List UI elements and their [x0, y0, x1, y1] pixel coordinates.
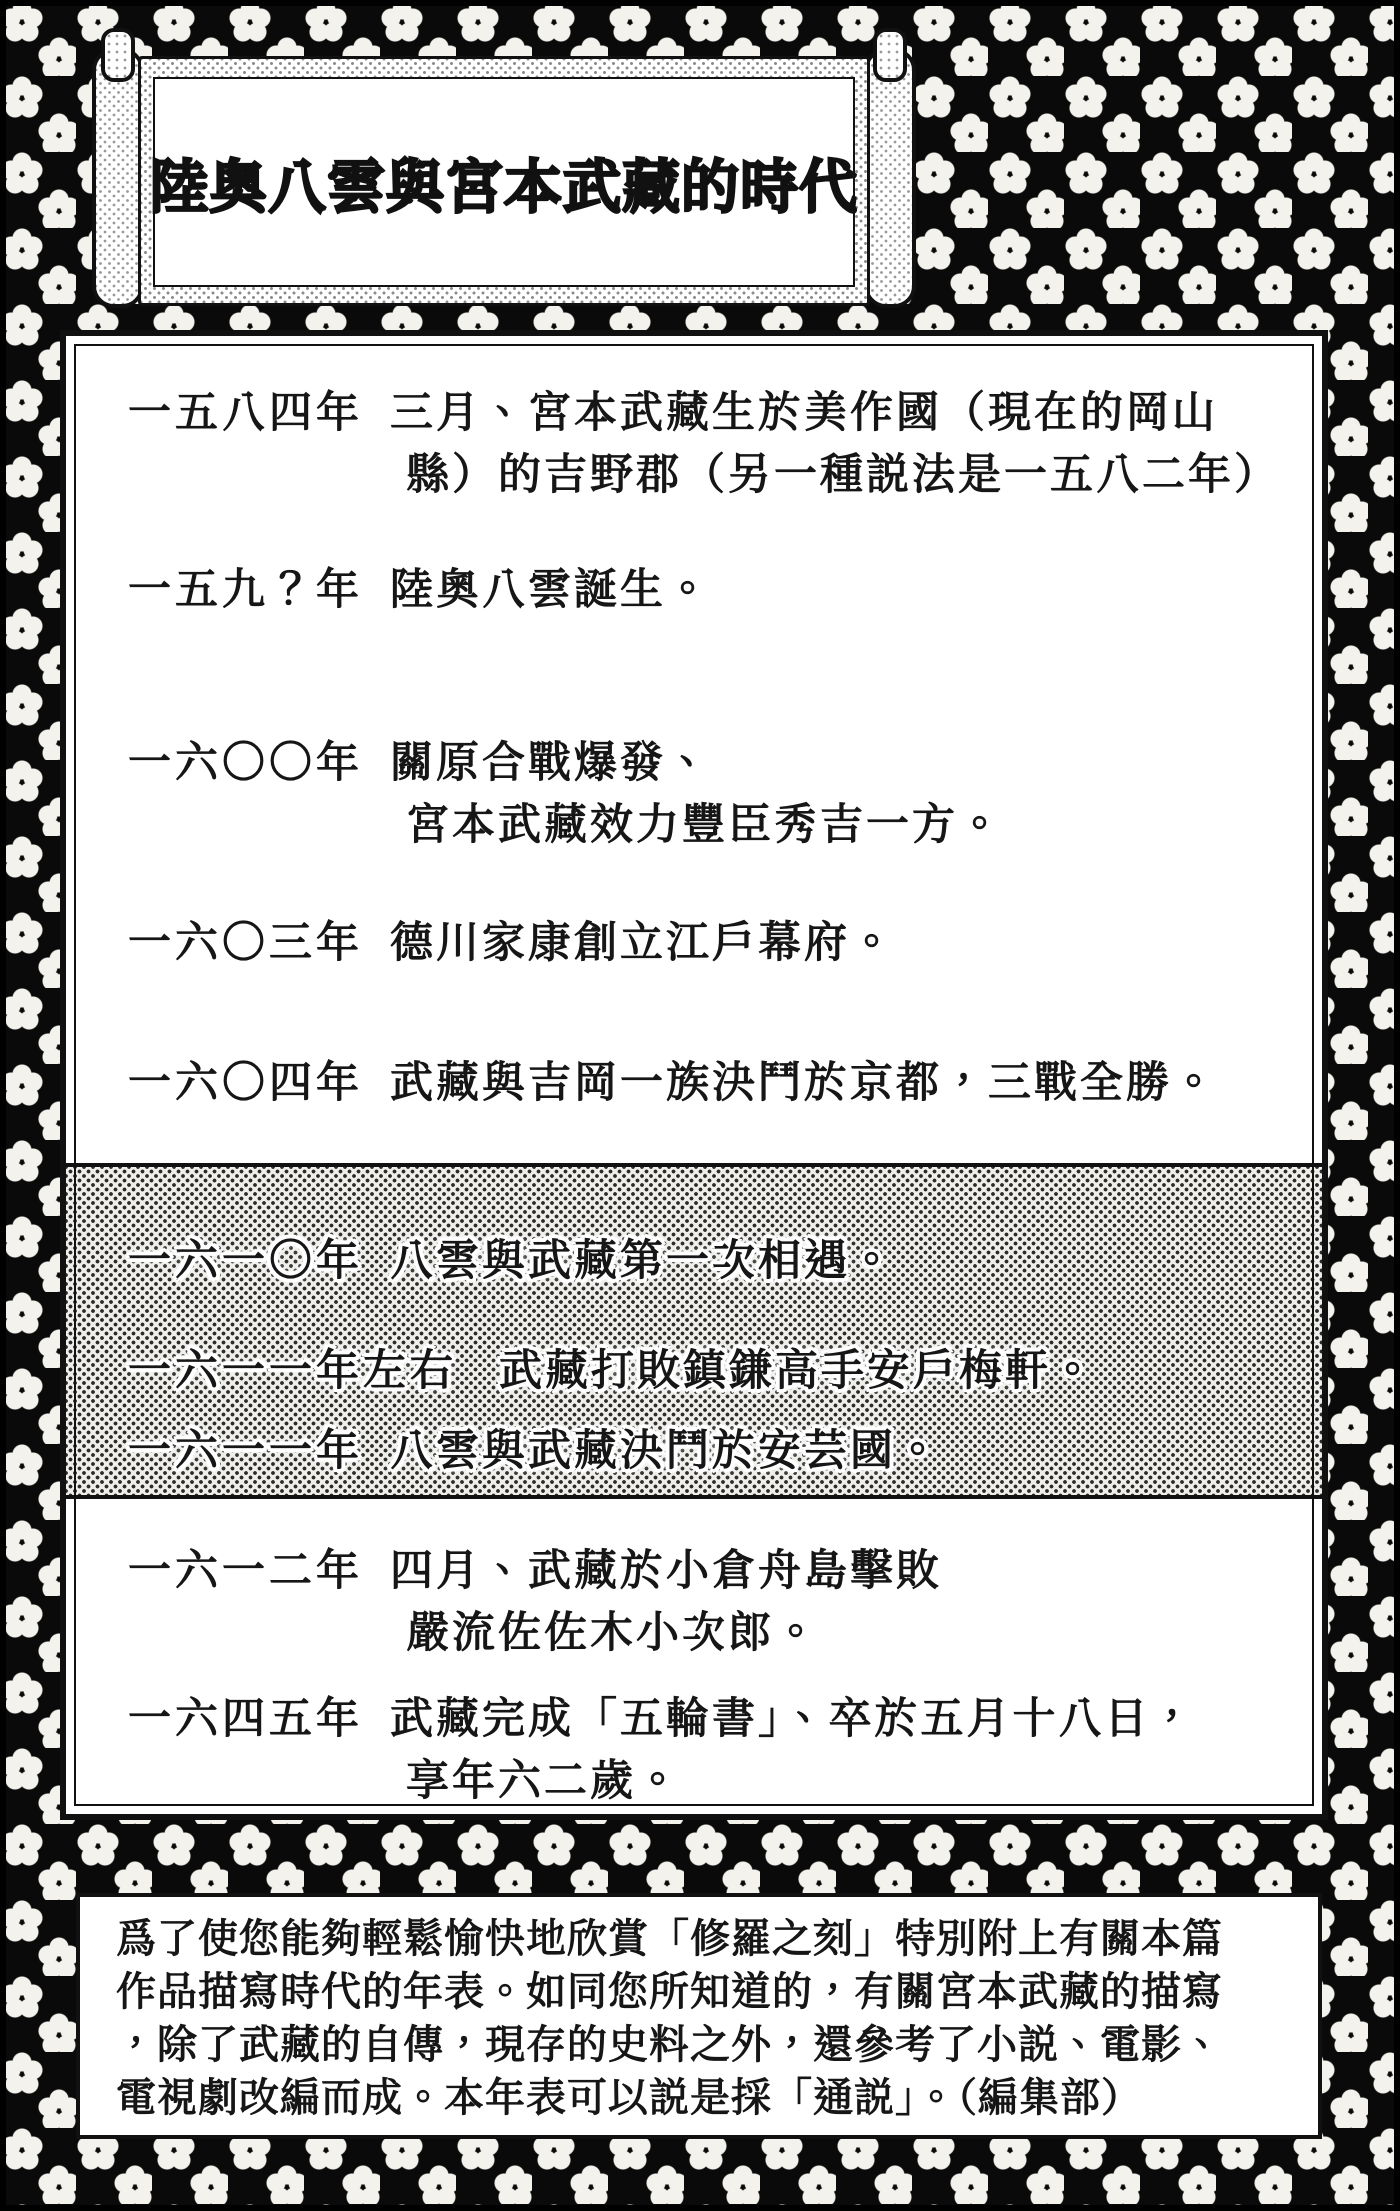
timeline-section-bottom: 一六一二年 四月、武藏於小倉舟島擊敗 嚴流佐佐木小次郎。 一六四五年 武藏完成「… [66, 1499, 1322, 1814]
entry-year: 一六〇四年 [66, 1053, 390, 1115]
entry-line: 八雲與武藏第一次相遇。 [390, 1231, 896, 1293]
entry-line: 宮本武藏效力豐臣秀吉一方。 [406, 795, 1004, 857]
entry-line: 武藏打敗鎮鎌高手安戶梅軒。 [499, 1341, 1097, 1403]
scroll-banner: 陸奧八雲與宮本武藏的時代 [80, 26, 928, 304]
timeline-entry: 一六一〇年 八雲與武藏第一次相遇。 [66, 1167, 1322, 1293]
timeline-entry: 一六〇〇年 關原合戰爆發、 宮本武藏效力豐臣秀吉一方。 [66, 733, 1322, 857]
entry-year: 一五九？年 [66, 560, 390, 622]
timeline-entry: 一六一二年 四月、武藏於小倉舟島擊敗 嚴流佐佐木小次郎。 [66, 1499, 1322, 1665]
timeline-entry: 一六〇四年 武藏與吉岡一族決鬥於京都，三戰全勝。 [66, 1053, 1322, 1115]
timeline-entry: 一五九？年 陸奧八雲誕生。 [66, 560, 1322, 622]
editor-note-box: 爲了使您能夠輕鬆愉快地欣賞「修羅之刻」特別附上有關本篇 作品描寫時代的年表。如同… [76, 1893, 1322, 2139]
note-line: 電視劇改編而成。本年表可以説是採「通説」。（編集部） [116, 2072, 1292, 2125]
scroll-rod-right-cap [873, 28, 907, 82]
timeline-entry: 一六四五年 武藏完成「五輪書」、卒於五月十八日， 享年六二歲。 [66, 1689, 1322, 1813]
entry-line: 縣）的吉野郡（另一種説法是一五八二年） [406, 445, 1280, 507]
manga-page: 陸奧八雲與宮本武藏的時代 一五八四年 三月、宮本武藏生於美作國（現在的岡山 縣）… [0, 0, 1400, 2211]
entry-line: 四月、武藏於小倉舟島擊敗 [390, 1541, 942, 1603]
entry-year: 一六四五年 [66, 1689, 390, 1751]
entry-year: 一六〇〇年 [66, 733, 390, 795]
timeline-highlight-band: 一六一〇年 八雲與武藏第一次相遇。 一六一一年左右 武藏打敗鎮鎌高手安戶梅軒。 … [66, 1163, 1322, 1499]
scroll-rod-left-cap [101, 28, 135, 82]
entry-line: 陸奧八雲誕生。 [390, 560, 712, 622]
timeline-box: 一五八四年 三月、宮本武藏生於美作國（現在的岡山 縣）的吉野郡（另一種説法是一五… [60, 330, 1328, 1820]
timeline-section-top: 一五八四年 三月、宮本武藏生於美作國（現在的岡山 縣）的吉野郡（另一種説法是一五… [66, 336, 1322, 1163]
timeline-entry: 一六一一年左右 武藏打敗鎮鎌高手安戶梅軒。 [66, 1341, 1322, 1403]
timeline-entry: 一六〇三年 德川家康創立江戶幕府。 [66, 913, 1322, 975]
entry-year: 一五八四年 [66, 383, 390, 445]
entry-year: 一六一〇年 [66, 1231, 390, 1293]
entry-line: 三月、宮本武藏生於美作國（現在的岡山 [390, 383, 1280, 445]
entry-line: 關原合戰爆發、 [390, 733, 1004, 795]
entry-year: 一六〇三年 [66, 913, 390, 975]
timeline-entry: 一五八四年 三月、宮本武藏生於美作國（現在的岡山 縣）的吉野郡（另一種説法是一五… [66, 336, 1322, 507]
note-line: 爲了使您能夠輕鬆愉快地欣賞「修羅之刻」特別附上有關本篇 [116, 1913, 1292, 1966]
scroll-rod-left [92, 48, 144, 308]
scroll-paper-inner: 陸奧八雲與宮本武藏的時代 [153, 77, 855, 287]
scroll-rod-right [864, 48, 916, 308]
entry-line: 武藏完成「五輪書」、卒於五月十八日， [390, 1689, 1197, 1751]
entry-year: 一六一一年 [66, 1421, 390, 1483]
entry-line: 德川家康創立江戶幕府。 [390, 913, 896, 975]
entry-line: 享年六二歲。 [406, 1751, 1197, 1813]
note-line: 作品描寫時代的年表。如同您所知道的，有關宮本武藏的描寫 [116, 1966, 1292, 2019]
entry-year: 一六一一年左右 [66, 1341, 457, 1403]
page-title: 陸奧八雲與宮本武藏的時代 [150, 140, 858, 224]
timeline-entry: 一六一一年 八雲與武藏決鬥於安芸國。 [66, 1421, 1322, 1483]
note-line: ，除了武藏的自傳，現存的史料之外，還參考了小説、電影、 [116, 2019, 1292, 2072]
entry-line: 八雲與武藏決鬥於安芸國。 [390, 1421, 942, 1483]
entry-line: 武藏與吉岡一族決鬥於京都，三戰全勝。 [390, 1053, 1218, 1115]
scroll-paper: 陸奧八雲與宮本武藏的時代 [138, 56, 870, 306]
entry-line: 嚴流佐佐木小次郎。 [406, 1603, 942, 1665]
entry-year: 一六一二年 [66, 1541, 390, 1603]
